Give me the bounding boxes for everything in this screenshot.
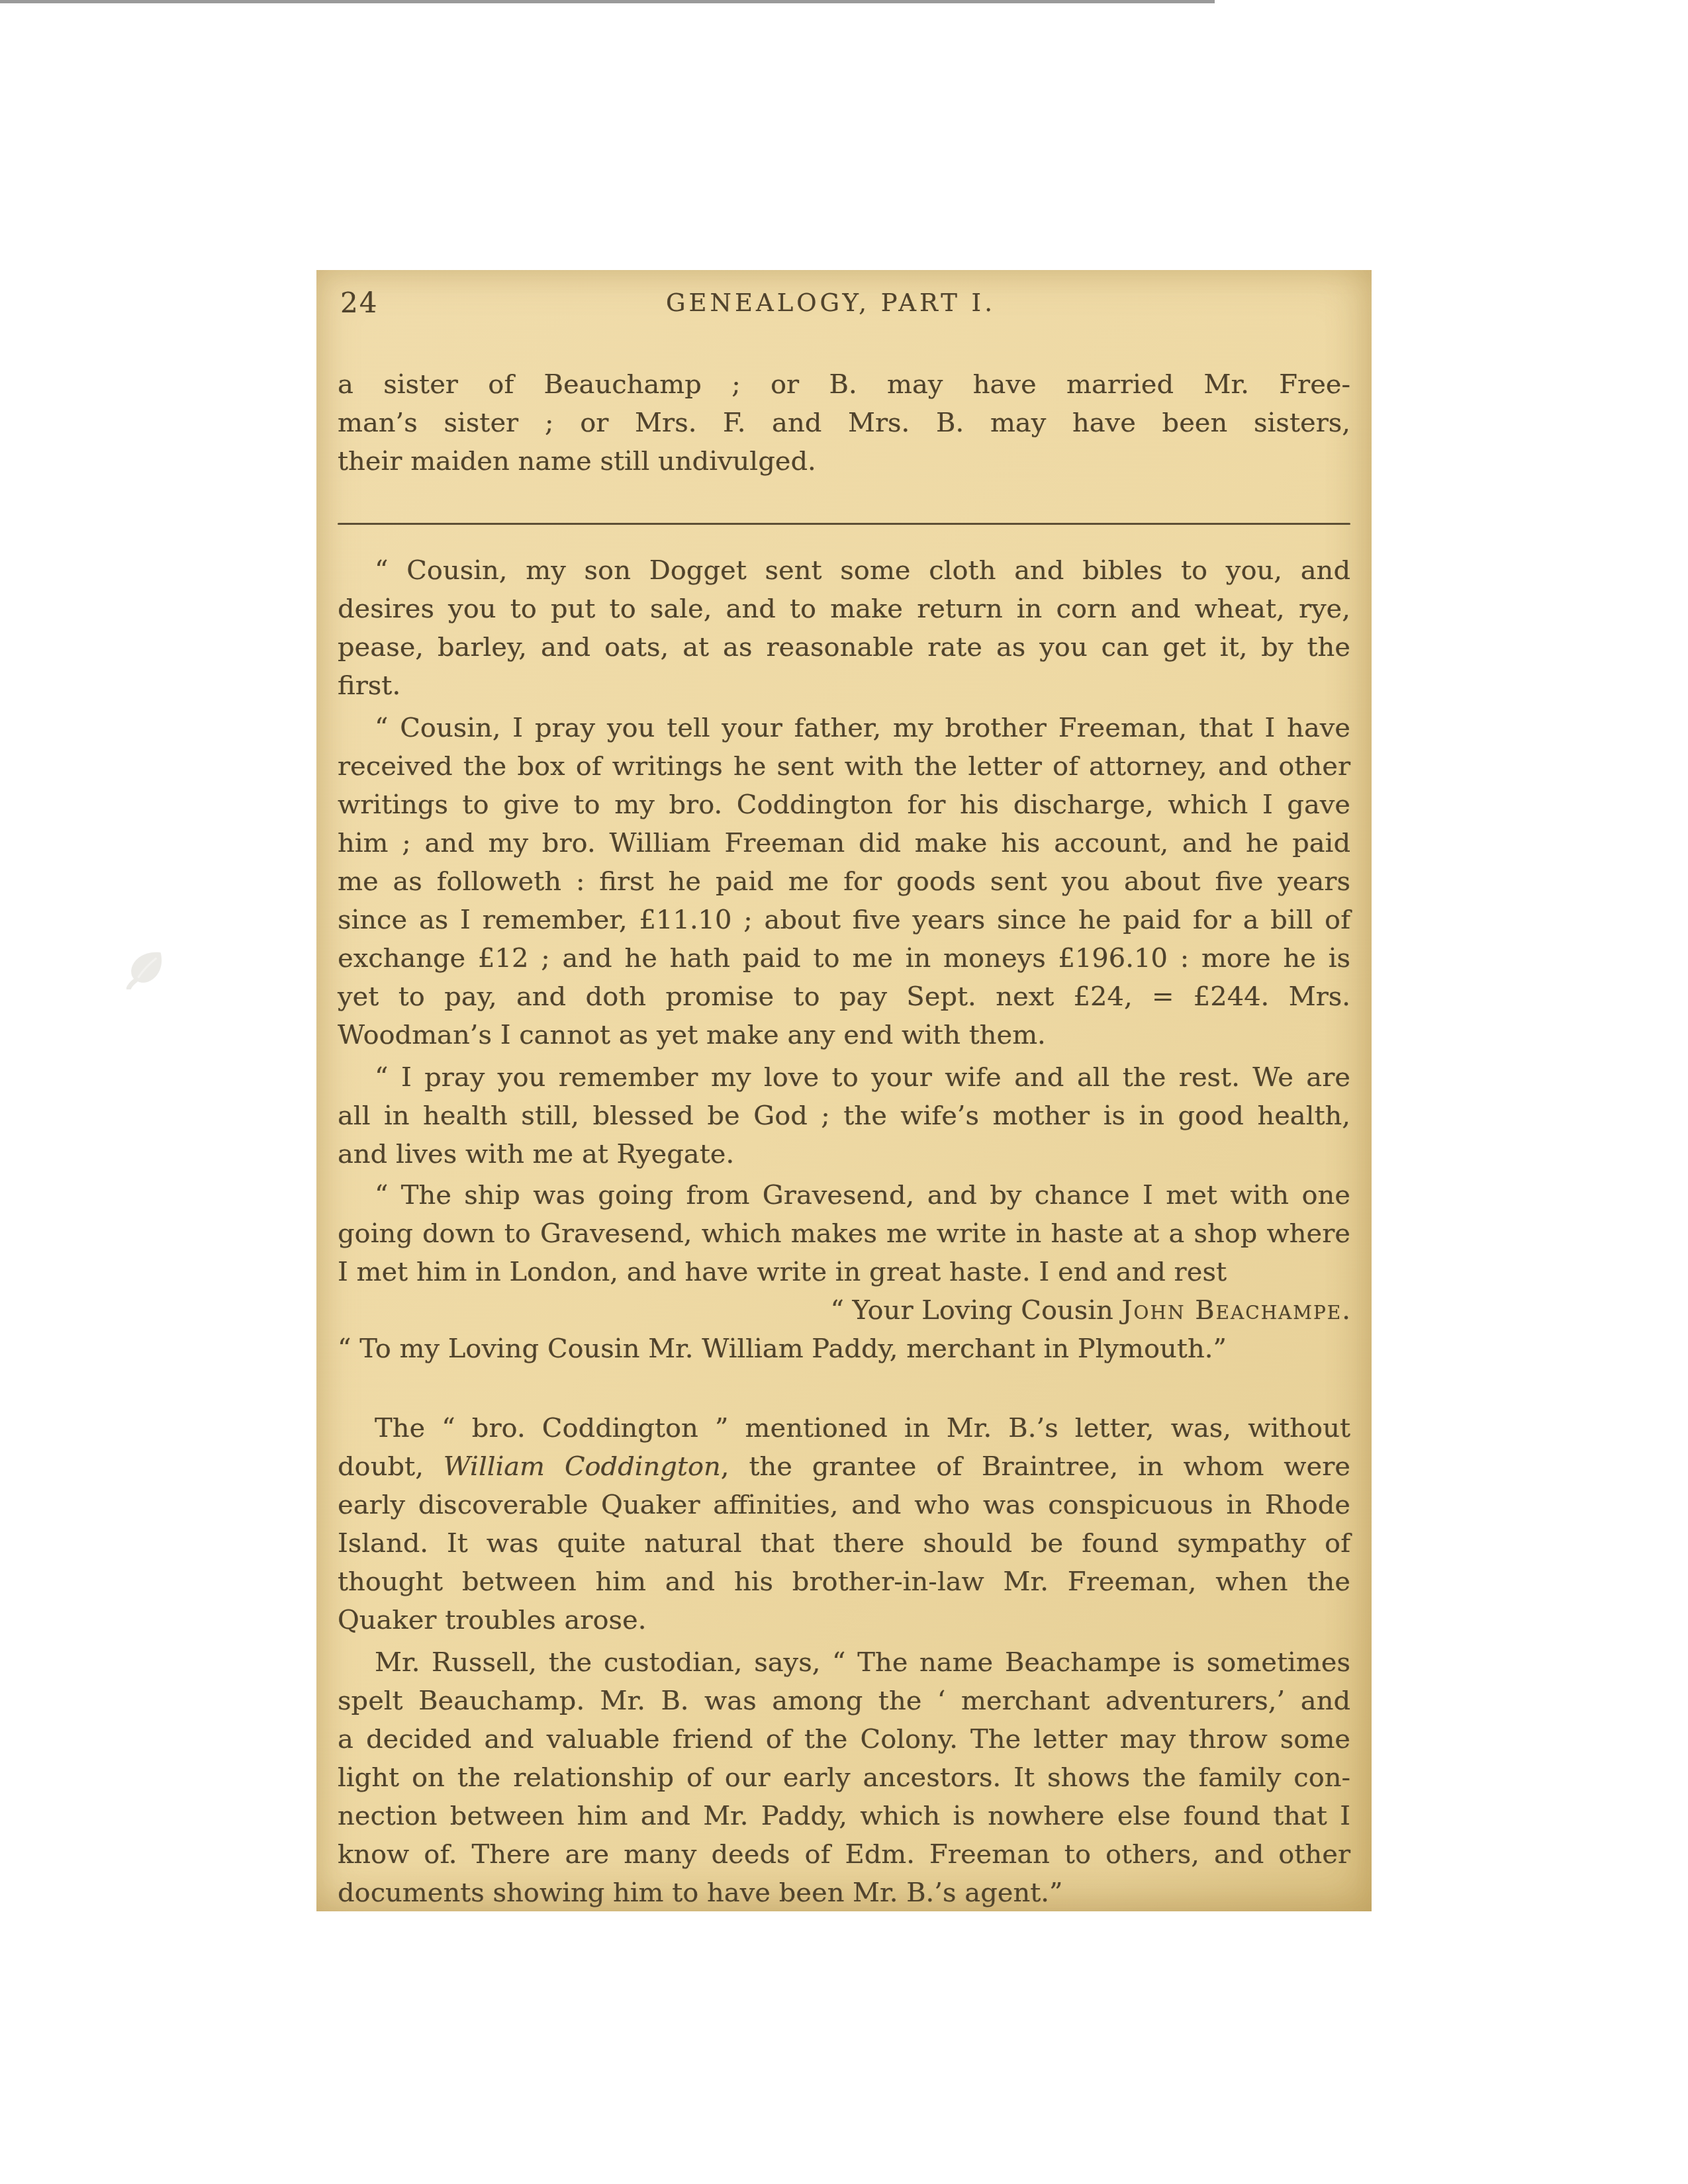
text-segment: Island. It was quite natural that there … — [338, 1528, 1350, 1559]
text-line: man’s sister ; or Mrs. F. and Mrs. B. ma… — [338, 404, 1350, 442]
text-segment: received the box of writings he sent wit… — [338, 751, 1350, 782]
commentary-paragraph-1: The “ bro. Coddington ” mentioned in Mr.… — [338, 1409, 1350, 1639]
text-line: “ To my Loving Cousin Mr. William Paddy,… — [338, 1330, 1350, 1368]
text-line: light on the relationship of our early a… — [338, 1758, 1350, 1797]
text-segment: nection between him and Mr. Paddy, which… — [338, 1801, 1350, 1831]
text-line: and lives with me at Ryegate. — [338, 1135, 1350, 1173]
text-line: “ The ship was going from Gravesend, and… — [338, 1176, 1350, 1214]
text-line: first. — [338, 666, 1350, 705]
text-line: “ Cousin, my son Dogget sent some cloth … — [338, 551, 1350, 590]
text-line: “ Your Loving Cousin John Beachampe. — [338, 1291, 1350, 1330]
text-segment: Mr. Russell, the custodian, says, “ The … — [375, 1647, 1350, 1678]
scan-edge-artifact — [0, 0, 1215, 3]
text-segment: Woodman’s I cannot as yet make any end w… — [338, 1020, 1046, 1050]
text-segment: light on the relationship of our early a… — [338, 1762, 1350, 1793]
text-line: going down to Gravesend, which makes me … — [338, 1214, 1350, 1253]
text-segment: a decided and valuable friend of the Col… — [338, 1724, 1350, 1754]
letter-address: “ To my Loving Cousin Mr. William Paddy,… — [338, 1330, 1350, 1368]
text-line: I met him in London, and have write in g… — [338, 1253, 1350, 1291]
text-line: writings to give to my bro. Coddington f… — [338, 786, 1350, 824]
text-segment: The “ bro. Coddington ” mentioned in Mr.… — [375, 1413, 1350, 1443]
text-line: received the box of writings he sent wit… — [338, 747, 1350, 786]
text-segment: desires you to put to sale, and to make … — [338, 594, 1350, 624]
text-line: The “ bro. Coddington ” mentioned in Mr.… — [338, 1409, 1350, 1447]
text-segment: spelt Beauchamp. Mr. B. was among the ‘ … — [338, 1686, 1350, 1716]
text-line: thought between him and his brother-in-l… — [338, 1563, 1350, 1601]
letter-paragraph-1: “ Cousin, my son Dogget sent some cloth … — [338, 551, 1350, 705]
text-segment: “ Cousin, my son Dogget sent some cloth … — [375, 555, 1350, 586]
text-segment: “ Your Loving Cousin — [830, 1295, 1121, 1326]
text-line: a decided and valuable friend of the Col… — [338, 1720, 1350, 1758]
text-segment: him ; and my bro. William Freeman did ma… — [338, 828, 1350, 858]
letter-signature: “ Your Loving Cousin John Beachampe. — [338, 1291, 1350, 1330]
text-line: early discoverable Quaker affinities, an… — [338, 1486, 1350, 1524]
text-segment: , the grantee of Braintree, in whom were — [721, 1451, 1350, 1482]
text-line: Mr. Russell, the custodian, says, “ The … — [338, 1643, 1350, 1682]
text-segment: me as followeth : first he paid me for g… — [338, 866, 1350, 897]
text-segment: going down to Gravesend, which makes me … — [338, 1218, 1350, 1249]
text-segment: exchange £12 ; and he hath paid to me in… — [338, 943, 1350, 974]
text-line: doubt, William Coddington, the grantee o… — [338, 1447, 1350, 1486]
text-segment: “ To my Loving Cousin Mr. William Paddy,… — [338, 1334, 1227, 1364]
text-segment: doubt, — [338, 1451, 444, 1482]
text-segment: their maiden name still undivulged. — [338, 446, 816, 477]
commentary-paragraph-2: Mr. Russell, the custodian, says, “ The … — [338, 1643, 1350, 1911]
text-line: their maiden name still undivulged. — [338, 442, 1350, 480]
text-line: a sister of Beauchamp ; or B. may have m… — [338, 365, 1350, 404]
text-line: Quaker troubles arose. — [338, 1601, 1350, 1639]
text-segment: “ The ship was going from Gravesend, and… — [375, 1180, 1350, 1210]
text-segment: documents showing him to have been Mr. B… — [338, 1878, 1062, 1908]
text-segment: man’s sister ; or Mrs. F. and Mrs. B. ma… — [338, 408, 1350, 438]
page-header: 24 GENEALOGY, PART I. — [338, 287, 1350, 319]
text-line: spelt Beauchamp. Mr. B. was among the ‘ … — [338, 1682, 1350, 1720]
text-line: Island. It was quite natural that there … — [338, 1524, 1350, 1563]
text-line: pease, barley, and oats, at as reasonabl… — [338, 628, 1350, 666]
text-segment: pease, barley, and oats, at as reasonabl… — [338, 632, 1350, 662]
text-segment: all in health still, blessed be God ; th… — [338, 1101, 1350, 1131]
text-segment: yet to pay, and doth promise to pay Sept… — [338, 981, 1350, 1012]
text-segment: first. — [338, 670, 400, 701]
running-header: GENEALOGY, PART I. — [338, 287, 1324, 319]
text-segment: and lives with me at Ryegate. — [338, 1139, 734, 1169]
text-line: documents showing him to have been Mr. B… — [338, 1874, 1350, 1911]
text-segment-smallcaps: John Beachampe — [1122, 1295, 1342, 1326]
text-line: him ; and my bro. William Freeman did ma… — [338, 824, 1350, 862]
text-segment: “ Cousin, I pray you tell your father, m… — [375, 713, 1350, 743]
letter-paragraph-3: “ I pray you remember my love to your wi… — [338, 1058, 1350, 1173]
text-segment: a sister of Beauchamp ; or B. may have m… — [338, 369, 1350, 400]
letter-paragraph-4: “ The ship was going from Gravesend, and… — [338, 1176, 1350, 1291]
text-segment: . — [1342, 1295, 1350, 1326]
page-body: a sister of Beauchamp ; or B. may have m… — [338, 365, 1350, 1911]
text-line: “ Cousin, I pray you tell your father, m… — [338, 709, 1350, 747]
text-segment: know of. There are many deeds of Edm. Fr… — [338, 1839, 1350, 1870]
text-segment: “ I pray you remember my love to your wi… — [375, 1062, 1350, 1093]
text-segment: thought between him and his brother-in-l… — [338, 1567, 1350, 1597]
section-divider-rule — [338, 523, 1350, 525]
text-line: know of. There are many deeds of Edm. Fr… — [338, 1835, 1350, 1874]
text-line: nection between him and Mr. Paddy, which… — [338, 1797, 1350, 1835]
text-segment-italic: William Coddington — [444, 1451, 721, 1482]
text-line: Woodman’s I cannot as yet make any end w… — [338, 1016, 1350, 1054]
text-segment: Quaker troubles arose. — [338, 1605, 646, 1635]
text-segment: early discoverable Quaker affinities, an… — [338, 1490, 1350, 1520]
leaf-icon — [126, 950, 167, 989]
text-line: me as followeth : first he paid me for g… — [338, 862, 1350, 901]
text-segment: writings to give to my bro. Coddington f… — [338, 790, 1350, 820]
text-segment: I met him in London, and have write in g… — [338, 1257, 1227, 1287]
scanned-page: 24 GENEALOGY, PART I. a sister of Beauch… — [316, 270, 1372, 1911]
text-segment: since as I remember, £11.10 ; about five… — [338, 905, 1350, 935]
text-line: since as I remember, £11.10 ; about five… — [338, 901, 1350, 939]
text-line: yet to pay, and doth promise to pay Sept… — [338, 978, 1350, 1016]
text-line: all in health still, blessed be God ; th… — [338, 1097, 1350, 1135]
intro-paragraph: a sister of Beauchamp ; or B. may have m… — [338, 365, 1350, 480]
letter-paragraph-2: “ Cousin, I pray you tell your father, m… — [338, 709, 1350, 1054]
text-line: desires you to put to sale, and to make … — [338, 590, 1350, 628]
text-line: “ I pray you remember my love to your wi… — [338, 1058, 1350, 1097]
text-line: exchange £12 ; and he hath paid to me in… — [338, 939, 1350, 978]
